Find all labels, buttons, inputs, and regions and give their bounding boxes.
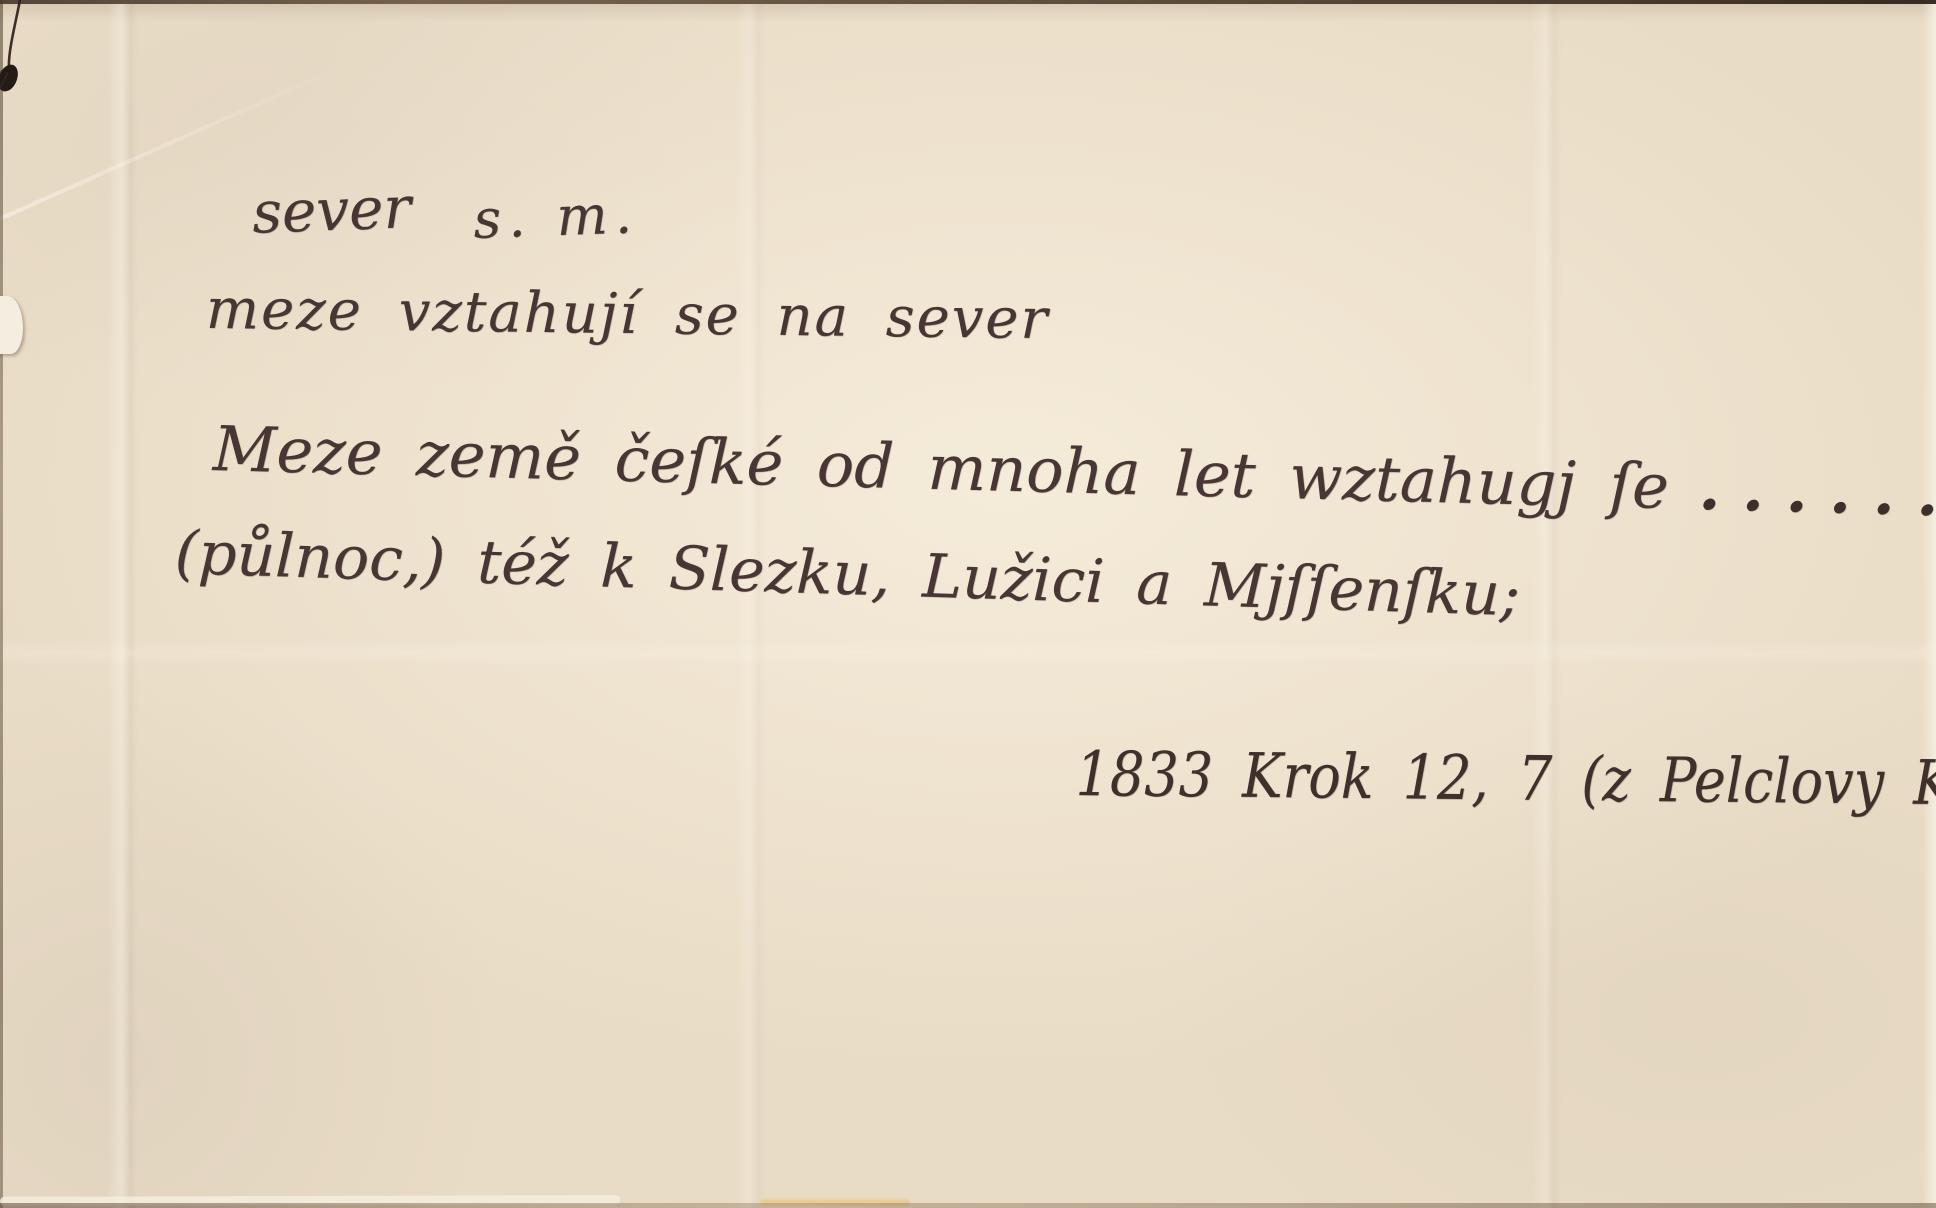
ellipsis-dots: ......... bbox=[1698, 451, 1936, 534]
headword: sever bbox=[251, 173, 412, 247]
right-paper-edge bbox=[1922, 0, 1936, 1208]
document-page: severs. m. meze vztahují se na sever Mez… bbox=[0, 0, 1936, 1208]
vertical-crease-right bbox=[1532, 0, 1562, 1208]
ink-blot bbox=[0, 0, 60, 130]
headword-line: severs. m. bbox=[251, 165, 639, 246]
citation-line: 1833 Krok 12, 7 (z Pelclovy Kroniky) bbox=[1075, 738, 1936, 821]
bottom-scan-edge bbox=[0, 1203, 1936, 1208]
vertical-crease-left bbox=[108, 0, 138, 1208]
left-scan-edge bbox=[0, 0, 3, 1208]
gloss-line: meze vztahují se na sever bbox=[206, 277, 1050, 352]
horizontal-crease bbox=[0, 640, 1936, 666]
top-scan-edge bbox=[0, 0, 1936, 4]
headword-grammar-tag: s. m. bbox=[472, 182, 640, 251]
